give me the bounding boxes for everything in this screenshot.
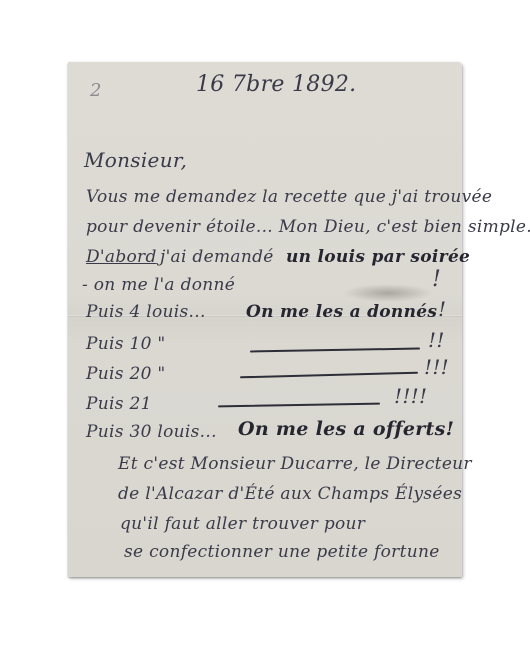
letter-line-4: - on me l'a donné: [82, 275, 235, 295]
letter-line-5-exclaim: !: [438, 297, 446, 321]
dash-line-2: [240, 372, 418, 379]
letter-line-5-emph: On me les a donnés: [246, 302, 437, 322]
letter-line-4-exclaim: !: [432, 267, 441, 292]
dash-line-1: [250, 348, 420, 353]
letter-line-6: Puis 10 ": [86, 334, 166, 354]
letter-line-7: Puis 20 ": [86, 364, 166, 384]
letter-line-3-prefix: D'abord: [86, 247, 157, 267]
letter-line-3-emph: un louis par soirée: [286, 247, 470, 267]
letter-line-7-exclaim: !!!: [424, 355, 449, 379]
letter-line-9-emph: On me les a offerts!: [238, 418, 454, 440]
letter-line-13: se confectionner une petite fortune: [124, 542, 440, 562]
letter-line-11: de l'Alcazar d'Été aux Champs Élysées: [118, 484, 462, 504]
letter-line-5: Puis 4 louis...: [86, 302, 206, 322]
letter-line-8: Puis 21: [86, 394, 152, 414]
salutation: Monsieur,: [84, 148, 187, 172]
page-number-mark: 2: [90, 80, 102, 101]
letter-line-3: j'ai demandé: [160, 247, 274, 267]
dash-line-3: [218, 403, 380, 408]
letter-line-6-exclaim: !!: [428, 328, 445, 352]
letter-line-12: qu'il faut aller trouver pour: [120, 514, 365, 534]
letter-paper: 2 16 7bre 1892. Monsieur, Vous me demand…: [68, 62, 462, 577]
letter-line-1: Vous me demandez la recette que j'ai tro…: [86, 187, 492, 207]
letter-line-10: Et c'est Monsieur Ducarre, le Directeur: [118, 454, 472, 474]
ink-smudge: [343, 284, 433, 302]
letter-line-9: Puis 30 louis...: [86, 422, 217, 442]
letter-line-2: pour devenir étoile... Mon Dieu, c'est b…: [86, 217, 530, 237]
letter-date: 16 7bre 1892.: [196, 72, 356, 97]
letter-line-8-exclaim: !!!!: [394, 384, 427, 408]
